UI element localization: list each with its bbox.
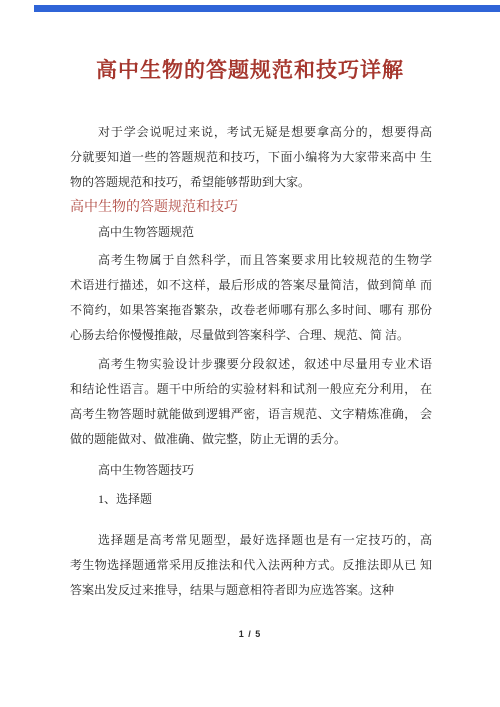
document-body: 对于学会说呢过来说，考试无疑是想要拿高分的，想要得高分就要知道一些的答题规范和技… bbox=[0, 120, 500, 603]
text-line: 选择题是高考常见题型，最好选择题也是有一定技巧的，高 bbox=[70, 528, 432, 553]
text-line: 做的题能做对、做准确、做完整，防止无谓的丢分。 bbox=[70, 427, 432, 452]
text-line: 对于学会说呢过来说，考试无疑是想要拿高分的，想要得高 bbox=[70, 120, 432, 145]
paragraph: 对于学会说呢过来说，考试无疑是想要拿高分的，想要得高分就要知道一些的答题规范和技… bbox=[70, 120, 432, 195]
paragraph: 高考生物实验设计步骤要分段叙述，叙述中尽量用专业术语和结论性语言。题干中所给的实… bbox=[70, 352, 432, 452]
text-line: 高中生物答题规范 bbox=[70, 220, 432, 245]
text-line: 和结论性语言。题干中所给的实验材料和试剂一般应充分利用， 在 bbox=[70, 377, 432, 402]
document-title: 高中生物的答题规范和技巧详解 bbox=[20, 57, 480, 85]
text-line: 答案出发反过来推导，结果与题意相符者即为应选答案。这种 bbox=[70, 578, 432, 603]
document-page: 高中生物的答题规范和技巧详解 对于学会说呢过来说，考试无疑是想要拿高分的，想要得… bbox=[0, 0, 500, 707]
paragraph: 高考生物属于自然科学，而且答案要求用比较规范的生物学术语进行描述，如不这样，最后… bbox=[70, 248, 432, 348]
text-line: 分就要知道一些的答题规范和技巧，下面小编将为大家带来高中 生 bbox=[70, 145, 432, 170]
text-line: 不简约，如果答案拖沓繁杂，改卷老师哪有那么多时间、哪有 那份 bbox=[70, 298, 432, 323]
page-number: 1 / 5 bbox=[0, 629, 500, 639]
text-line: 高中生物答题技巧 bbox=[70, 458, 432, 483]
paragraph: 高中生物答题规范 bbox=[70, 220, 432, 245]
text-line: 高考生物属于自然科学，而且答案要求用比较规范的生物学 bbox=[70, 248, 432, 273]
paragraph: 高中生物答题技巧 bbox=[70, 458, 432, 483]
section-heading-red: 高中生物的答题规范和技巧 bbox=[70, 195, 432, 220]
top-accent-bar bbox=[34, 5, 500, 12]
paragraph: 1、选择题 bbox=[70, 487, 432, 512]
text-line: 心肠去给你慢慢推敲，尽量做到答案科学、合理、规范、简 洁。 bbox=[70, 323, 432, 348]
text-line: 物的答题规范和技巧，希望能够帮助到大家。 bbox=[70, 170, 432, 195]
text-line: 高考生物答题时就能做到逻辑严密，语言规范、文字精炼准确， 会 bbox=[70, 402, 432, 427]
text-line: 1、选择题 bbox=[70, 487, 432, 512]
text-line: 术语进行描述，如不这样，最后形成的答案尽量简洁，做到简单 而 bbox=[70, 273, 432, 298]
text-line: 高考生物实验设计步骤要分段叙述，叙述中尽量用专业术语 bbox=[70, 352, 432, 377]
text-line: 考生物选择题通常采用反推法和代入法两种方式。反推法即从已 知 bbox=[70, 553, 432, 578]
text-line: 高中生物的答题规范和技巧 bbox=[70, 195, 432, 220]
paragraph: 选择题是高考常见题型，最好选择题也是有一定技巧的，高考生物选择题通常采用反推法和… bbox=[70, 528, 432, 603]
